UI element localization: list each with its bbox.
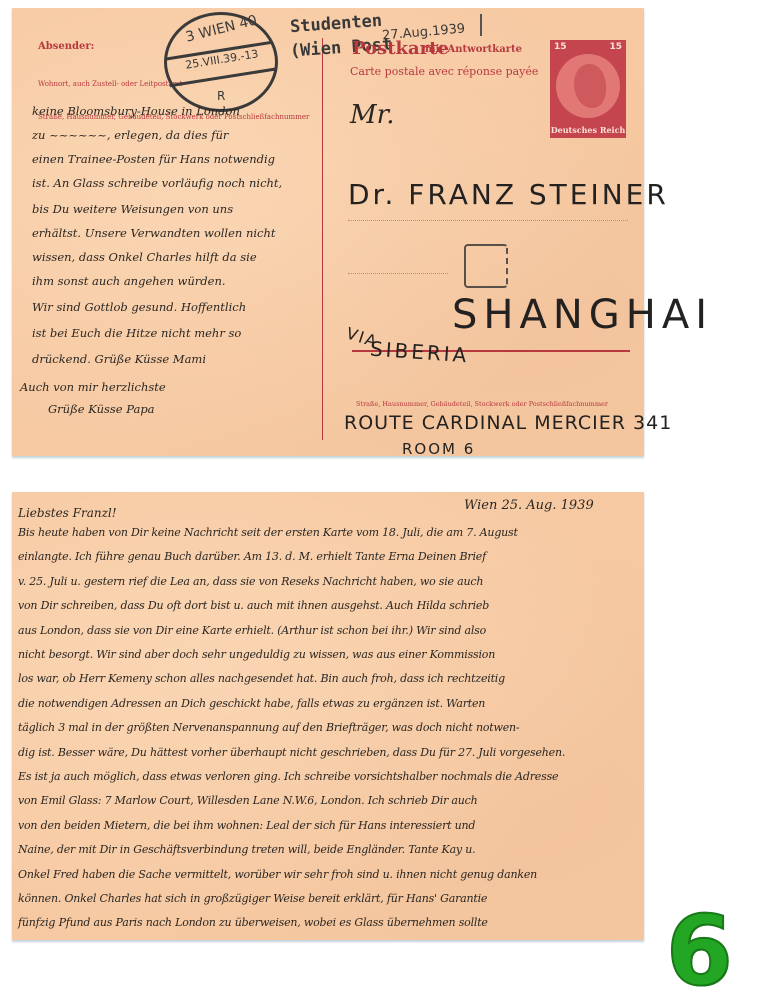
letter-line: täglich 3 mal in der größten Nervenanspa…: [18, 721, 519, 734]
card-divider: [322, 38, 323, 440]
postmark: 3 WIEN 40 25.VIII.39.-13 R: [164, 12, 278, 112]
postcard-back: Liebstes Franzl! Wien 25. Aug. 1939 Bis …: [12, 492, 644, 940]
letter-line: von den beiden Mietern, die bei ihm wohn…: [18, 819, 475, 832]
letter-line: wissen, dass Onkel Charles hilft da sie: [32, 250, 257, 264]
letter-line: ist. An Glass schreibe vorläufig noch ni…: [32, 176, 282, 190]
letter-line: keine Bloomsbury-House in London: [32, 104, 240, 118]
page-number: 6: [666, 903, 733, 999]
card-subtitle: mit Antwortkarte: [425, 44, 522, 55]
letter-line: ist bei Euch die Hitze nicht mehr so: [32, 326, 241, 340]
address-line: [348, 273, 448, 274]
letter-date: Wien 25. Aug. 1939: [464, 498, 594, 513]
address-name: Dr. FRANZ STEINER: [348, 178, 669, 211]
letter-line: Bis heute haben von Dir keine Nachricht …: [18, 526, 518, 539]
sender-place-label: Wohnort, auch Zustell- oder Leitpostamt: [38, 80, 182, 88]
sender-label: Absender:: [38, 41, 94, 52]
letter-line: los war, ob Herr Kemeny schon alles nach…: [18, 672, 505, 685]
address-route: SIBERIA: [369, 337, 470, 368]
portrait-medallion-icon: [556, 54, 620, 118]
letter-line: v. 25. Juli u. gestern rief die Lea an, …: [18, 575, 483, 588]
address-street: ROUTE CARDINAL MERCIER 341: [344, 412, 672, 434]
stamp-value-right: 15: [609, 42, 622, 52]
customs-stamp-box: [464, 244, 508, 288]
letter-line: Auch von mir herzlichste: [20, 380, 166, 394]
letter-line: von Emil Glass: 7 Marlow Court, Willesde…: [18, 794, 478, 807]
portrait-head-icon: [574, 64, 606, 108]
letter-line: Grüße Küsse Papa: [48, 402, 155, 416]
letter-line: aus London, dass sie von Dir eine Karte …: [18, 624, 486, 637]
letter-line: Naine, der mit Dir in Geschäftsverbindun…: [18, 843, 475, 856]
address-street-label: Straße, Hausnummer, Gebäudeteil, Stockwe…: [356, 400, 608, 408]
address-room: ROOM 6: [402, 440, 475, 458]
letter-greeting: Liebstes Franzl!: [18, 506, 117, 520]
letter-line: zu ~~~~~~, erlegen, da dies für: [32, 128, 228, 142]
letter-line: dig ist. Besser wäre, Du hättest vorher …: [18, 746, 565, 759]
slogan-cancel-line1: Studenten: [289, 11, 382, 37]
card-title-french: Carte postale avec réponse payée: [350, 65, 538, 78]
letter-line: ihm sonst auch angehen würden.: [32, 274, 226, 288]
letter-line: Wir sind Gottlob gesund. Hoffentlich: [32, 300, 246, 314]
address-salutation: Mr.: [350, 100, 394, 130]
address-line: [348, 220, 628, 221]
letter-line: einlangte. Ich führe genau Buch darüber.…: [18, 550, 486, 563]
letter-line: drückend. Grüße Küsse Mami: [32, 352, 206, 366]
letter-line: von Dir schreiben, dass Du oft dort bist…: [18, 599, 489, 612]
stamp: 15 15 Deutsches Reich: [550, 40, 626, 138]
letter-line: können. Onkel Charles hat sich in großzü…: [18, 892, 487, 905]
letter-line: bis Du weitere Weisungen von uns: [32, 202, 233, 216]
letter-line: nicht besorgt. Wir sind aber doch sehr u…: [18, 648, 495, 661]
letter-line: erhältst. Unsere Verwandten wollen nicht: [32, 226, 276, 240]
letter-line: Es ist ja auch möglich, dass etwas verlo…: [18, 770, 558, 783]
stamp-value-left: 15: [554, 42, 567, 52]
letter-line: die notwendigen Adressen an Dich geschic…: [18, 697, 485, 710]
slogan-bracket: [480, 14, 482, 36]
stamp-country: Deutsches Reich: [550, 125, 626, 135]
letter-line: Onkel Fred haben die Sache vermittelt, w…: [18, 868, 537, 881]
letter-line: einen Trainee-Posten für Hans notwendig: [32, 152, 275, 166]
postcard-front: Absender: Wohnort, auch Zustell- oder Le…: [12, 8, 644, 456]
address-city: SHANGHAI: [452, 292, 713, 338]
postmark-city: 3 WIEN 40: [184, 12, 259, 45]
letter-line: fünfzig Pfund aus Paris nach London zu ü…: [18, 916, 488, 929]
postmark-letter: R: [217, 89, 225, 103]
